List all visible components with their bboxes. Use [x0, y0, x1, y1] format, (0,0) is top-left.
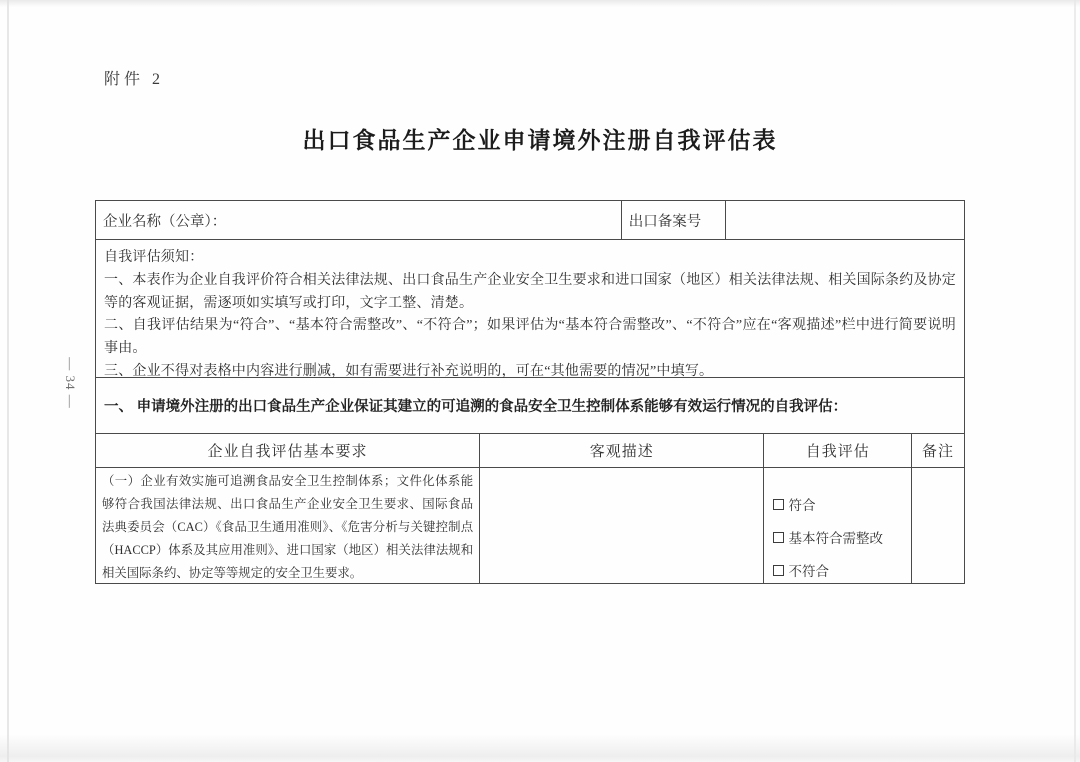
scan-artifact-bottom	[0, 734, 1080, 762]
note-item-1: 一、本表作为企业自我评价符合相关法律法规、出口食品生产企业安全卫生要求和进口国家…	[104, 270, 956, 316]
checkbox-icon	[773, 532, 784, 543]
header-remarks: 备注	[912, 434, 964, 467]
table-row: （一）企业有效实施可追溯食品安全卫生控制体系；文件化体系能够符合我国法律法规、出…	[96, 468, 964, 583]
header-self-assessment: 自我评估	[764, 434, 912, 467]
section1-heading: 一、 申请境外注册的出口食品生产企业保证其建立的可追溯的食品安全卫生控制体系能够…	[96, 378, 964, 434]
header-objective-description: 客观描述	[480, 434, 764, 467]
objective-description-cell	[480, 468, 764, 583]
option-label: 不符合	[788, 560, 829, 580]
header-basic-requirements: 企业自我评估基本要求	[96, 434, 480, 467]
option-basically-conform: 基本符合需整改	[773, 527, 911, 547]
scan-artifact-top	[0, 0, 1080, 7]
option-label: 基本符合需整改	[788, 527, 883, 547]
notes-heading: 自我评估须知：	[104, 247, 956, 270]
page-title: 出口食品生产企业申请境外注册自我评估表	[0, 122, 1080, 155]
scan-artifact-left	[7, 0, 9, 762]
assessment-form-table: 企业名称（公章）： 出口备案号 自我评估须知： 一、本表作为企业自我评价符合相关…	[95, 200, 965, 584]
notes-section: 自我评估须知： 一、本表作为企业自我评价符合相关法律法规、出口食品生产企业安全卫…	[96, 240, 964, 378]
table-header-row: 企业自我评估基本要求 客观描述 自我评估 备注	[96, 434, 964, 468]
checkbox-icon	[773, 499, 784, 510]
remarks-cell	[912, 468, 964, 583]
page-number: — 34 —	[55, 353, 85, 413]
option-conform: 符合	[773, 494, 911, 514]
option-label: 符合	[788, 494, 815, 514]
company-name-cell: 企业名称（公章）：	[96, 201, 622, 239]
checkbox-icon	[773, 565, 784, 576]
export-record-no-value	[726, 201, 964, 239]
self-assessment-cell: 符合 基本符合需整改 不符合	[764, 468, 912, 583]
document-page: 附件 2 出口食品生产企业申请境外注册自我评估表 — 34 — 企业名称（公章）…	[0, 0, 1080, 762]
scan-artifact-right	[1074, 0, 1076, 762]
attachment-label: 附件 2	[104, 66, 164, 89]
note-item-2: 二、自我评估结果为“符合”、“基本符合需整改”、“不符合”；如果评估为“基本符合…	[104, 315, 956, 361]
option-not-conform: 不符合	[773, 560, 911, 580]
requirement-text: （一）企业有效实施可追溯食品安全卫生控制体系；文件化体系能够符合我国法律法规、出…	[96, 468, 480, 583]
info-row: 企业名称（公章）： 出口备案号	[96, 201, 964, 240]
export-record-no-label: 出口备案号	[622, 201, 726, 239]
